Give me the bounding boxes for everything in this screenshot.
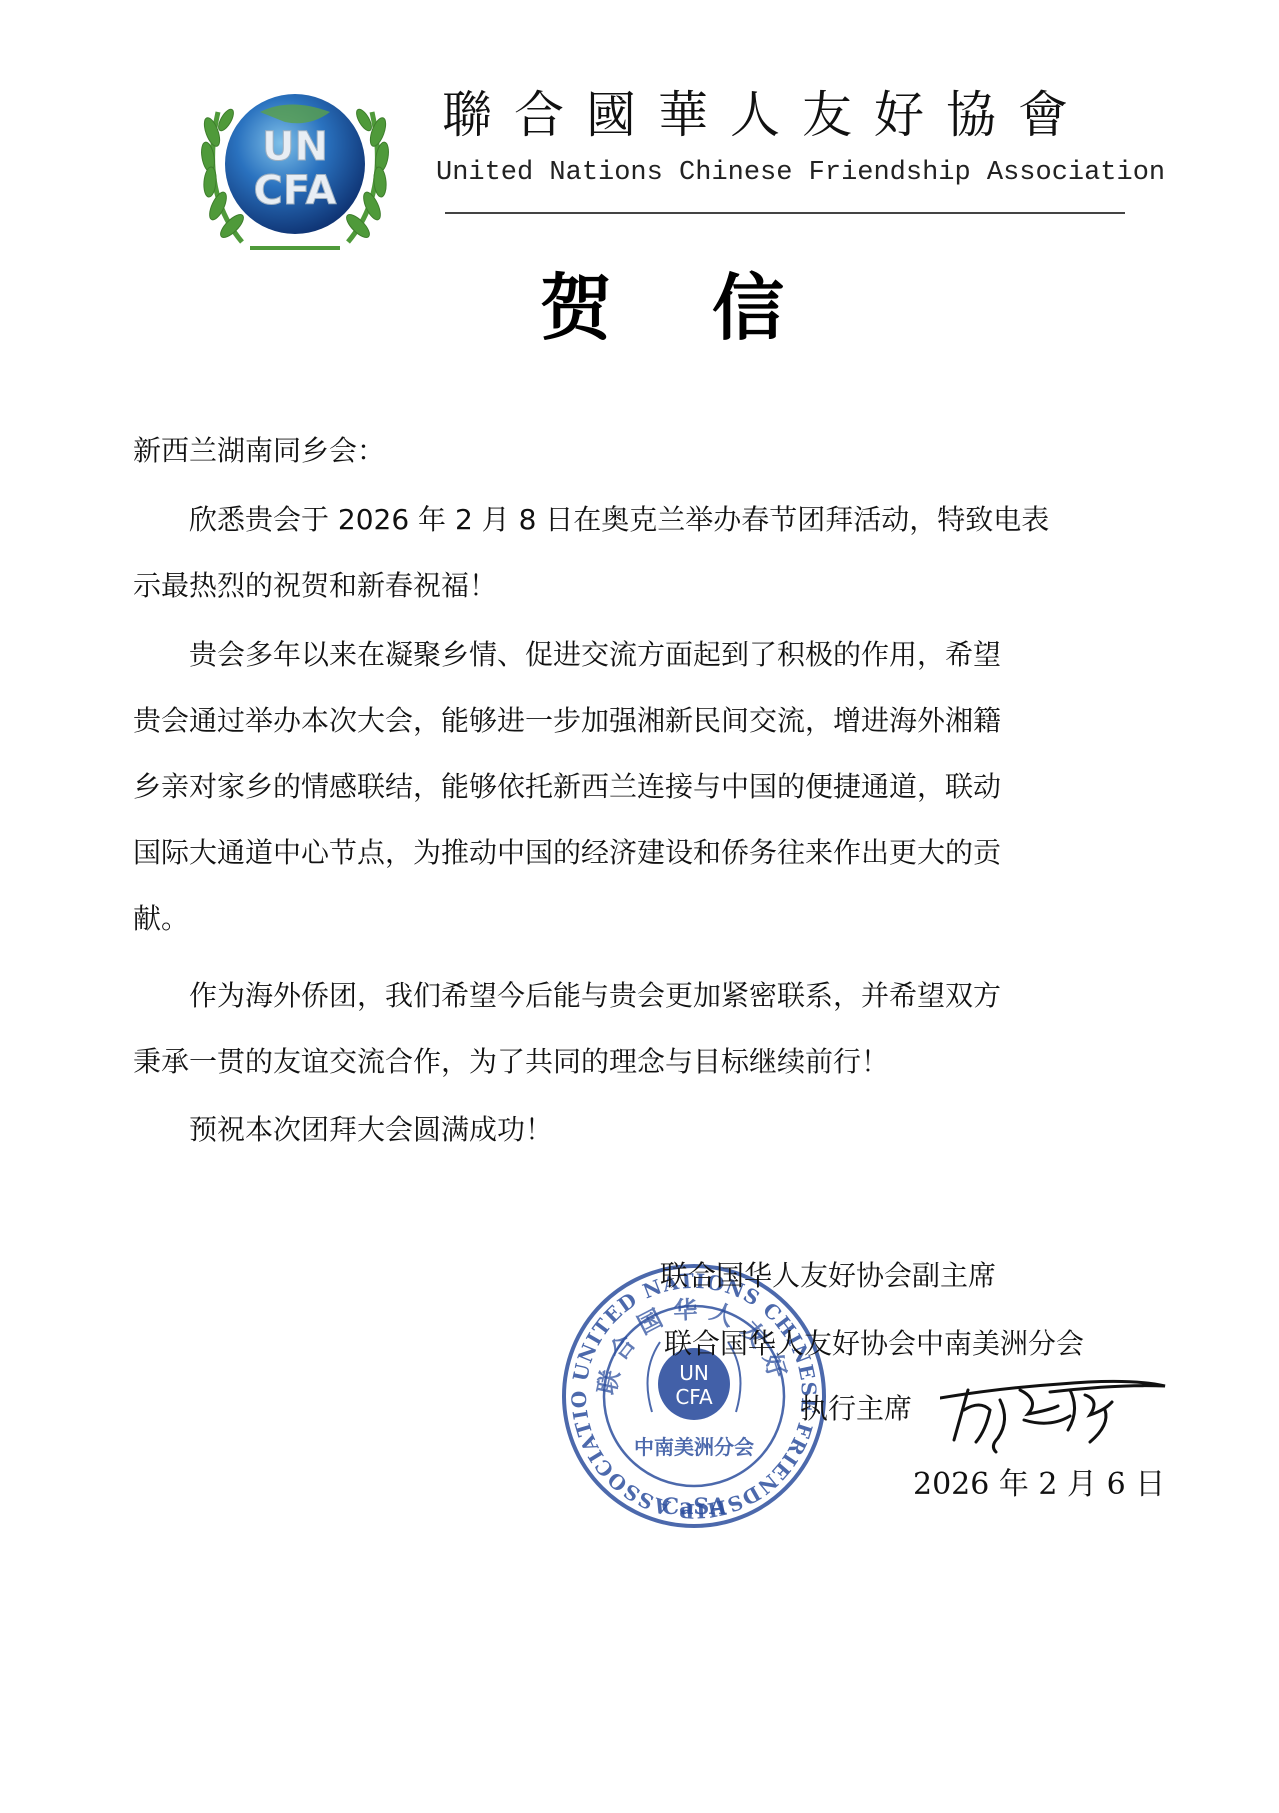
handwritten-signature [940,1370,1170,1460]
paragraph-line: 预祝本次团拜大会圆满成功！ [133,1097,1153,1163]
svg-text:UN: UN [262,124,328,170]
svg-text:UN: UN [679,1361,709,1385]
paragraph-line: 献。 [133,886,1153,952]
paragraph-text: 作为海外侨团，我们希望今后能与贵会更加紧密联系，并希望双方 [133,963,1153,1029]
paragraph-1: 欣悉贵会于 2026 年 2 月 8 日在奥克兰举办春节团拜活动，特致电表 示最… [133,487,1153,619]
org-name-chinese: 聯合國華人友好協會 [442,90,1090,140]
svg-text:CFA: CFA [675,1385,713,1409]
paragraph-line: 示最热烈的祝贺和新春祝福！ [133,553,1153,619]
paragraph-line: 乡亲对家乡的情感联结，能够依托新西兰连接与中国的便捷通道，联动 [133,754,1153,820]
seal-stamp-icon: UNITED NATIONS CHINESE FRIENDSHIP ASSOCI… [560,1262,828,1530]
signature-icon [940,1370,1170,1460]
org-name-english: United Nations Chinese Friendship Associ… [436,160,1165,187]
paragraph-line: 贵会多年以来在凝聚乡情、促进交流方面起到了积极的作用，希望 [133,622,1153,688]
official-seal: UNITED NATIONS CHINESE FRIENDSHIP ASSOCI… [560,1262,828,1530]
paragraph-line: 秉承一贯的友谊交流合作，为了共同的理念与目标继续前行！ [133,1029,1153,1095]
uncfa-logo: UN CFA [190,72,400,262]
document-title: 贺信 [540,272,884,344]
svg-text:CaSA: CaSA [662,1494,728,1520]
paragraph-line: 作为海外侨团，我们希望今后能与贵会更加紧密联系，并希望双方 [133,963,1153,1029]
signer-title-2: 联合国华人友好协会中南美洲分会 [664,1330,1084,1358]
paragraph-line: 国际大通道中心节点，为推动中国的经济建设和侨务往来作出更大的贡 [133,820,1153,886]
paragraph-text: 贵会多年以来在凝聚乡情、促进交流方面起到了积极的作用，希望 [133,622,1153,688]
paragraph-2: 贵会多年以来在凝聚乡情、促进交流方面起到了积极的作用，希望 贵会通过举办本次大会… [133,622,1153,952]
svg-text:中南美洲分会: 中南美洲分会 [634,1435,754,1459]
header-divider [445,212,1125,214]
paragraph-line: 贵会通过举办本次大会，能够进一步加强湘新民间交流，增进海外湘籍 [133,688,1153,754]
signer-title-3: 执行主席 [800,1395,912,1423]
letter-date: 2026 年 2 月 6 日 [913,1470,1165,1500]
paragraph-3: 作为海外侨团，我们希望今后能与贵会更加紧密联系，并希望双方 秉承一贯的友谊交流合… [133,963,1153,1095]
signer-title-1: 联合国华人友好协会副主席 [660,1262,996,1290]
globe-laurel-icon: UN CFA [190,72,400,262]
paragraph-text: 预祝本次团拜大会圆满成功！ [133,1097,1153,1163]
paragraph-4: 预祝本次团拜大会圆满成功！ [133,1097,1153,1163]
paragraph-text: 欣悉贵会于 2026 年 2 月 8 日在奥克兰举办春节团拜活动，特致电表 [133,487,1153,553]
salutation: 新西兰湖南同乡会： [133,418,1153,484]
svg-text:CFA: CFA [253,168,336,214]
paragraph-line: 欣悉贵会于 2026 年 2 月 8 日在奥克兰举办春节团拜活动，特致电表 [133,487,1153,553]
